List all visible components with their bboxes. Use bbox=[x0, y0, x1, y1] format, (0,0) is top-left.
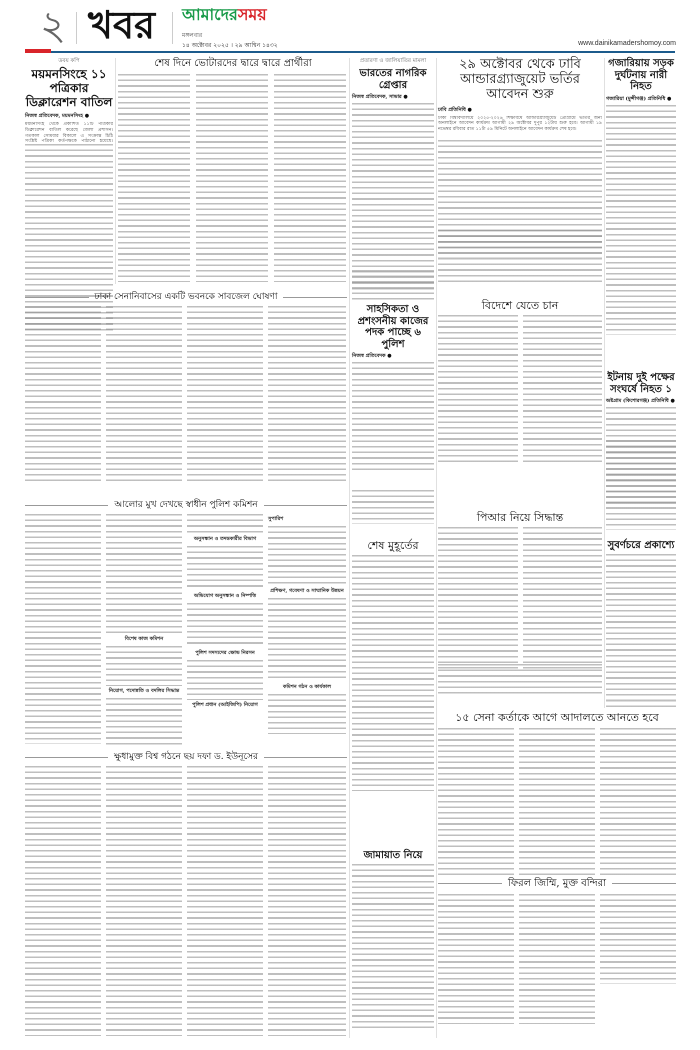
rule bbox=[438, 883, 502, 884]
article-text bbox=[106, 646, 182, 686]
article-text bbox=[352, 555, 434, 791]
article-text bbox=[606, 700, 676, 710]
article-hostages: ফিরল জিম্মি, মুক্ত বন্দিরা bbox=[438, 878, 676, 890]
subhead: অভিযোগ অনুসন্ধান ও নিষ্পত্তি bbox=[187, 593, 263, 601]
article-text bbox=[106, 514, 182, 634]
article-text bbox=[600, 728, 676, 878]
headline: গজারিয়ায় সড়ক দুর্ঘটনায় নারী নিহত bbox=[606, 58, 676, 93]
headline: বিদেশে যেতে চান bbox=[438, 300, 602, 313]
headline: ময়মনসিংহে ১১ পত্রিকার ডিক্লারেশন বাতিল bbox=[25, 68, 113, 109]
headline: ২৯ অক্টোবর থেকে ঢাবি আন্ডারগ্র্যাজুয়েট … bbox=[438, 58, 602, 103]
article-pr-decision: পিআর নিয়ে সিদ্ধান্ত bbox=[438, 512, 602, 669]
article-text bbox=[438, 315, 518, 463]
article-bravery: সাহসিকতা ও প্রশংসনীয় কাজের পদক পাচ্ছে ৬… bbox=[352, 304, 434, 470]
article-text bbox=[106, 698, 182, 748]
article-last-moment: শেষ মুহূর্তের bbox=[352, 540, 434, 791]
article-text bbox=[268, 694, 346, 734]
article-text bbox=[187, 546, 263, 591]
subhead: বিশেষ কাজ কমিশন bbox=[106, 636, 182, 644]
article-text bbox=[118, 74, 190, 282]
article-text bbox=[606, 105, 676, 335]
police-col-4: সুপারিশ প্রশিক্ষণ, গবেষণা ও সাম্মানিক উন… bbox=[268, 514, 346, 734]
article-text bbox=[25, 766, 101, 1036]
article-text bbox=[187, 660, 263, 700]
headline: ফিরল জিম্মি, মুক্ত বন্দিরা bbox=[508, 878, 606, 890]
byline: ঢাবি প্রতিনিধি ● bbox=[438, 107, 602, 115]
column-divider bbox=[349, 58, 350, 1038]
kicker: ডবয় কপি bbox=[25, 58, 113, 66]
article-text bbox=[196, 74, 268, 282]
article-text bbox=[187, 766, 263, 1036]
headline: আলোর মুখ দেখছে স্বাধীন পুলিশ কমিশন bbox=[114, 500, 257, 510]
article-text bbox=[187, 514, 263, 534]
byline: নিজস্ব প্রতিবেদক ● bbox=[352, 353, 434, 361]
divider bbox=[172, 12, 173, 44]
headline: সাহসিকতা ও প্রশংসনীয় কাজের পদক পাচ্ছে ৬… bbox=[352, 304, 434, 350]
website-url[interactable]: www.dainikamadershomoy.com bbox=[578, 40, 676, 47]
article-text bbox=[352, 362, 434, 470]
article-du-admission: ২৯ অক্টোবর থেকে ঢাবি আন্ডারগ্র্যাজুয়েট … bbox=[438, 58, 602, 258]
kicker: প্রতারণা ও জালিয়াতির মামলা bbox=[352, 58, 434, 66]
article-text bbox=[25, 144, 113, 332]
article-text bbox=[438, 728, 514, 878]
subhead: পুলিশ প্রধান (আইজিপি) নিয়োগ bbox=[187, 702, 263, 710]
section-title: খবর bbox=[88, 4, 155, 46]
rule bbox=[25, 297, 89, 298]
article-voters: শেষ দিনে ভোটারদের দ্বারে দ্বারে প্রার্থী… bbox=[118, 58, 348, 70]
headline: সুবর্ণচরে প্রকাশ্যে bbox=[606, 540, 676, 552]
article-text bbox=[352, 864, 434, 1032]
article-text bbox=[106, 306, 182, 482]
article-gazaria: গজারিয়ায় সড়ক দুর্ঘটনায় নারী নিহত গজা… bbox=[606, 58, 676, 335]
article-text bbox=[268, 306, 346, 482]
subhead: কমিশন গঠন ও কার্যকাল bbox=[268, 684, 346, 692]
article-text bbox=[523, 527, 603, 669]
article-text bbox=[606, 554, 676, 700]
byline: অষ্টগ্রাম (কিশোরগঞ্জ) প্রতিনিধি ● bbox=[606, 398, 676, 406]
article-text bbox=[274, 74, 346, 282]
subhead: সুপারিশ bbox=[268, 516, 346, 524]
headline: ইটনায় দুই পক্ষের সংঘর্ষে নিহত ১ bbox=[606, 372, 676, 395]
article-text bbox=[519, 894, 595, 1024]
article-text bbox=[187, 603, 263, 648]
subhead: পুলিশ সদস্যদের ক্ষোভ নিরসন bbox=[187, 650, 263, 658]
newspaper-logo: আমাদেরসময় bbox=[182, 6, 267, 24]
rule bbox=[264, 505, 347, 506]
article-text bbox=[519, 728, 595, 878]
article-jamaat: জামায়াত নিয়ে bbox=[352, 850, 434, 1032]
rule bbox=[612, 883, 676, 884]
headline: ক্ষুধামুক্ত বিশ্ব গঠনে ছয় দফা ড. ইউনূসে… bbox=[114, 752, 258, 762]
logo-part-1: আমাদের bbox=[182, 5, 238, 24]
article-text bbox=[187, 306, 263, 482]
article-text bbox=[268, 526, 346, 586]
article-indian-citizen: প্রতারণা ও জালিয়াতির মামলা ভারতের নাগরি… bbox=[352, 58, 434, 293]
article-abroad: বিদেশে যেতে চান bbox=[438, 300, 602, 463]
police-col-3: অনুসন্ধান ও তদন্তকারীর বিভাগ অভিযোগ অনুস… bbox=[187, 514, 263, 712]
article-text bbox=[438, 527, 518, 669]
header-rule bbox=[25, 51, 675, 53]
article-body: ঢাকা বিশ্ববিদ্যালয়ে ২০২৫-২০২৬ শিক্ষাবর্… bbox=[438, 116, 602, 138]
page-number: ২ bbox=[40, 6, 66, 46]
article-body: ময়মনসিংহ থেকে প্রকাশিত ১১টি পত্রিকার ডি… bbox=[25, 122, 113, 142]
article-hunger: ক্ষুধামুক্ত বিশ্ব গঠনে ছয় দফা ড. ইউনূসে… bbox=[25, 752, 347, 762]
headline: পিআর নিয়ে সিদ্ধান্ত bbox=[438, 512, 602, 525]
column-divider bbox=[115, 58, 116, 284]
article-text bbox=[268, 766, 346, 1036]
article-text bbox=[25, 514, 101, 744]
rule bbox=[264, 757, 347, 758]
article-text bbox=[352, 490, 434, 524]
headline: ভারতের নাগরিক গ্রেপ্তার bbox=[352, 68, 434, 91]
headline: জামায়াত নিয়ে bbox=[352, 850, 434, 862]
byline: নিজস্ব প্রতিবেদক, সাভার ● bbox=[352, 94, 434, 102]
police-col-2: বিশেষ কাজ কমিশন নিয়োগ, পদোন্নতি ও বদলির… bbox=[106, 514, 182, 748]
rule bbox=[25, 505, 108, 506]
article-text bbox=[438, 664, 602, 694]
headline: ১৫ সেনা কর্তাকে আগে আদালতে আনতে হবে bbox=[438, 712, 676, 725]
byline: নিজস্ব প্রতিবেদক, ময়মনসিংহ ● bbox=[25, 113, 113, 121]
headline: ঢাকা সেনানিবাসের একটি ভবনকে সাবজেল ঘোষণা bbox=[95, 292, 278, 302]
article-text bbox=[606, 440, 676, 530]
column-divider bbox=[436, 58, 437, 1038]
logo-part-2: সময় bbox=[238, 5, 267, 24]
column-divider bbox=[604, 58, 605, 708]
masthead: ২ খবর আমাদেরসময় মঙ্গলবার ১৪ অক্টোবর ২০২… bbox=[0, 0, 700, 52]
header-accent bbox=[25, 49, 51, 53]
article-text bbox=[600, 894, 676, 984]
article-police-commission: আলোর মুখ দেখছে স্বাধীন পুলিশ কমিশন bbox=[25, 500, 347, 510]
article-text bbox=[438, 894, 514, 1024]
article-sabjail: ঢাকা সেনানিবাসের একটি ভবনকে সাবজেল ঘোষণা bbox=[25, 292, 347, 302]
article-text bbox=[352, 270, 434, 300]
divider bbox=[76, 12, 77, 44]
rule bbox=[283, 297, 347, 298]
rule bbox=[25, 757, 108, 758]
subhead: অনুসন্ধান ও তদন্তকারীর বিভাগ bbox=[187, 536, 263, 544]
headline: শেষ মুহূর্তের bbox=[352, 540, 434, 553]
subhead: নিয়োগ, পদোন্নতি ও বদলির সিদ্ধান্ত bbox=[106, 688, 182, 696]
article-text bbox=[25, 306, 101, 482]
subhead: প্রশিক্ষণ, গবেষণা ও সাম্মানিক উন্নয়ন bbox=[268, 588, 346, 596]
headline: শেষ দিনে ভোটারদের দ্বারে দ্বারে প্রার্থী… bbox=[118, 58, 348, 70]
article-text bbox=[352, 103, 434, 293]
article-text bbox=[438, 230, 602, 286]
article-text bbox=[106, 766, 182, 1036]
article-text bbox=[523, 315, 603, 463]
byline: গজারিয়া (মুন্সীগঞ্জ) প্রতিনিধি ● bbox=[606, 96, 676, 104]
article-text bbox=[268, 598, 346, 682]
article-suborno-char: সুবর্ণচরে প্রকাশ্যে bbox=[606, 540, 676, 700]
issue-date: ১৪ অক্টোবর ২০২৫ । ২৯ আশ্বিন ১৪৩২ bbox=[182, 40, 278, 51]
article-fifteen-officers: ১৫ সেনা কর্তাকে আগে আদালতে আনতে হবে bbox=[438, 712, 676, 878]
